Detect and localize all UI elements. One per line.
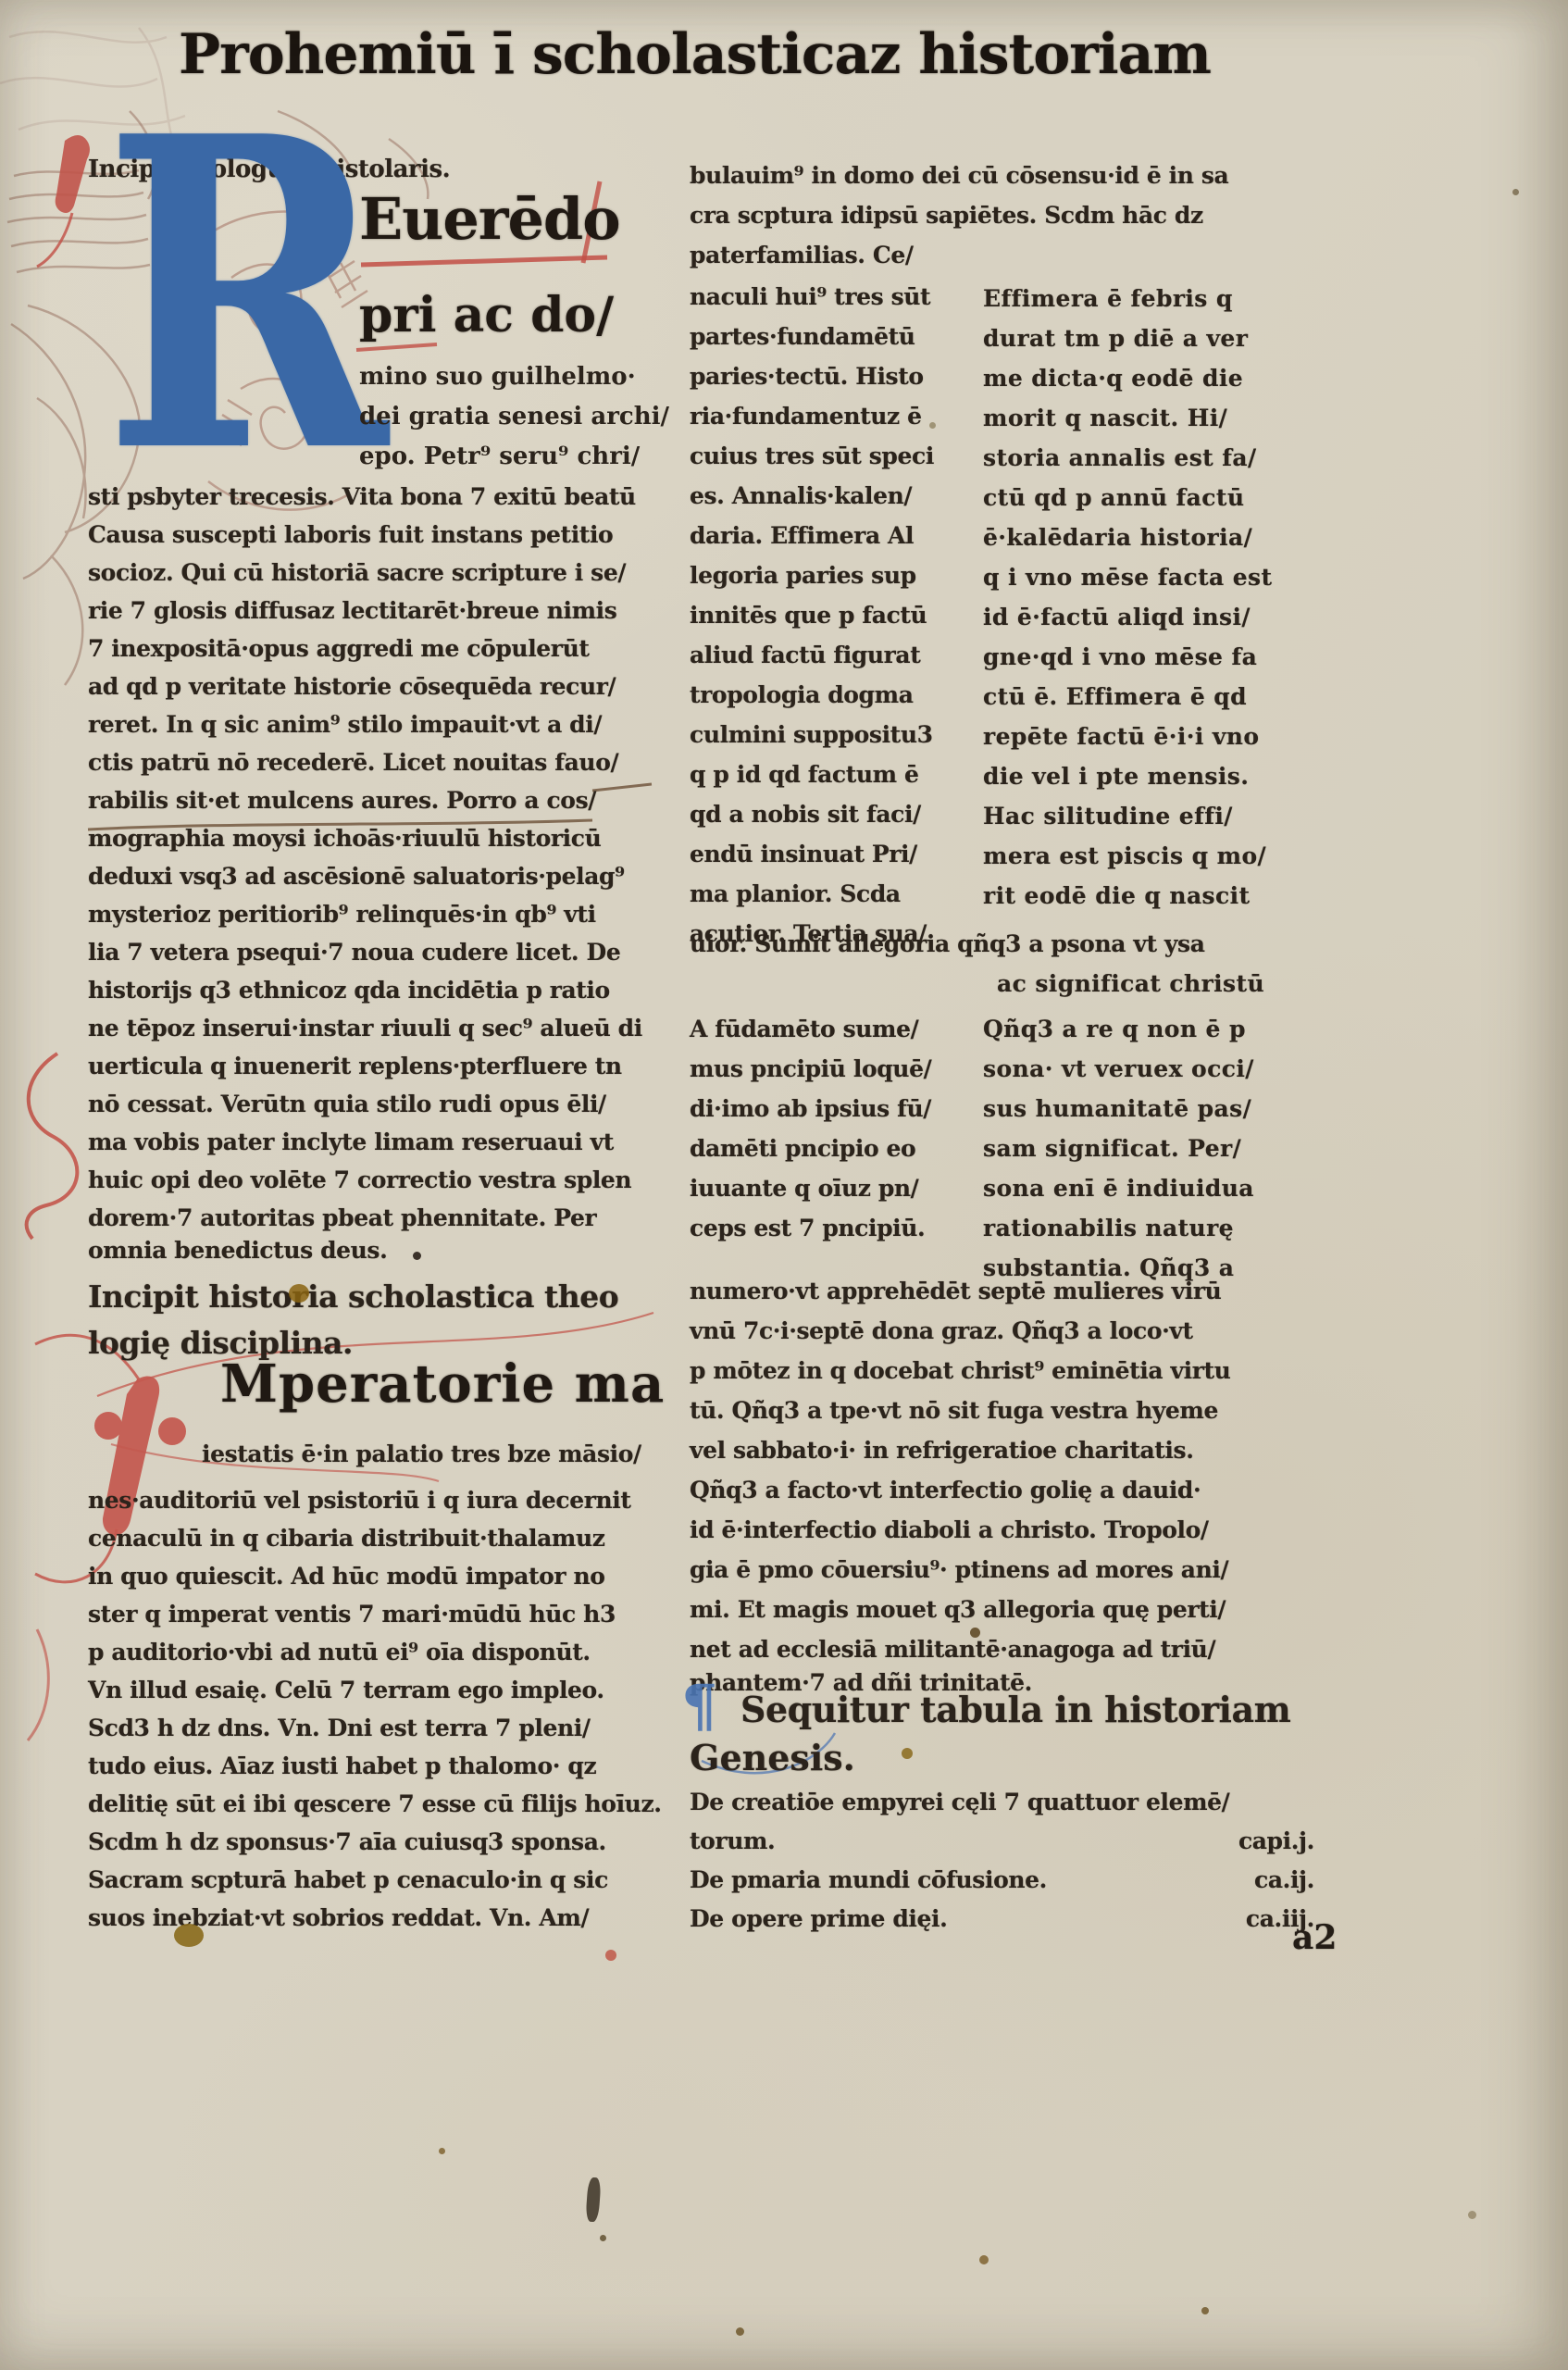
text-line: p mōtez in q docebat christ⁹ eminētia vi… (690, 1351, 1230, 1391)
tabula-chapter-list: De creatiōe empyrei cęli 7 quattuor elem… (690, 1783, 1314, 1939)
fox-spot (902, 1748, 913, 1759)
text-line: vel sabbato·i· in refrigeratioe charitat… (690, 1430, 1230, 1470)
heading-line: Incipit historia scholastica theo (88, 1274, 618, 1320)
left-column-final-line: omnia benedictus deus. (88, 1237, 387, 1264)
text-line: ma planior. Scda (690, 874, 934, 914)
opening-indented-lines: mino suo guilhelmo·dei gratia senesi arc… (359, 357, 669, 477)
right-subcolumn-2-right: Qñq3 a re q non ē psona· vt veruex occi/… (983, 1009, 1254, 1288)
text-line: rabilis sit·et mulcens aures. Porro a co… (88, 781, 685, 819)
right-column-top: bulauim⁹ in domo dei cū cōsensu·id ē in … (690, 156, 1228, 275)
text-line: paterfamilias. Ce/ (690, 235, 1228, 275)
illuminated-initial-R: R (104, 81, 388, 509)
text-line: storia annalis est fa/ (983, 438, 1272, 478)
text-line: A fūdamēto sume/ (690, 1009, 931, 1049)
text-line: Causa suscepti laboris fuit instans peti… (88, 516, 685, 554)
fox-spot (1468, 2211, 1476, 2219)
text-line: qd a nobis sit faci/ (690, 794, 934, 834)
text-line: daria. Effimera Al (690, 516, 934, 555)
bridge-line: uior. Sumit allegoria qñq3 a psona vt ys… (690, 930, 1205, 957)
text-line: uerticula q inuenerit replens·pterfluere… (88, 1047, 685, 1085)
text-line: deduxi vsq3 ad ascēsionē saluatoris·pela… (88, 857, 685, 895)
text-line: ne tēpoz inserui·instar riuuli q sec⁹ al… (88, 1009, 685, 1047)
text-line: in quo quiescit. Ad hūc modū impator no (88, 1557, 685, 1595)
text-line: ad qd p veritate historie cōsequēda recu… (88, 667, 685, 705)
red-dot (605, 1950, 616, 1961)
text-line: endū insinuat Pri/ (690, 834, 934, 874)
tabula-row: De creatiōe empyrei cęli 7 quattuor elem… (690, 1783, 1314, 1822)
text-line: sona· vt veruex occi/ (983, 1049, 1254, 1089)
text-line: ma vobis pater inclyte limam reseruaui v… (88, 1123, 685, 1161)
text-line: es. Annalis·kalen/ (690, 476, 934, 516)
text-line: delitię sūt ei ibi qescere 7 esse cū fil… (88, 1785, 685, 1823)
text-line: mera est piscis q mo/ (983, 836, 1272, 876)
tabula-chapter-number: ca.ij. (1254, 1861, 1314, 1900)
blue-pilcrow-icon: ¶ (681, 1672, 717, 1740)
text-line: cra scptura idipsū sapiētes. Scdm hāc dz (690, 195, 1228, 235)
chapter-lead-line: iestatis ē·in palatio tres bze māsio/ (202, 1441, 641, 1467)
section-heading-incipit-historia: Incipit historia scholastica theologię d… (88, 1274, 618, 1366)
text-line: durat tm p diē a ver (983, 318, 1272, 358)
right-subcolumn-1-left: naculi hui⁹ tres sūtpartes·fundamētūpari… (690, 277, 934, 954)
text-line: q i vno mēse facta est (983, 557, 1272, 597)
fox-spot (600, 2235, 606, 2241)
text-line: mysterioz peritiorib⁹ relinquēs·in qb⁹ v… (88, 895, 685, 933)
text-line: Scdm h dz sponsus·7 aīa cuiusq3 sponsa. (88, 1823, 685, 1861)
text-line: net ad ecclesiā militantē·anagoga ad tri… (690, 1629, 1230, 1669)
text-line: legoria paries sup (690, 555, 934, 595)
text-line: Qñq3 a re q non ē p (983, 1009, 1254, 1049)
fox-spot (174, 1924, 204, 1947)
fox-spot (1201, 2307, 1209, 2314)
tabula-heading-line1: Sequitur tabula in historiam (740, 1689, 1290, 1730)
text-line: Hac silitudine effi/ (983, 796, 1272, 836)
text-line: Effimera ē febris q (983, 279, 1272, 318)
text-line: 7 inexpositā·opus aggredi me cōpulerūt (88, 630, 685, 667)
text-line: sona enī ē indiuidua (983, 1168, 1254, 1208)
text-line: historijs q3 ethnicoz qda incidētia p ra… (88, 971, 685, 1009)
text-line: naculi hui⁹ tres sūt (690, 277, 934, 317)
opening-word-large-2: pri ac do/ (359, 287, 614, 343)
text-line: ria·fundamentuz ē (690, 396, 934, 436)
text-line: p auditorio·vbi ad nutū ei⁹ oīa disponūt… (88, 1633, 685, 1671)
tabula-chapter-number: capi.j. (1238, 1822, 1314, 1861)
fox-spot (1512, 189, 1519, 195)
text-line: sam significat. Per/ (983, 1129, 1254, 1168)
left-column-chapter-body: nes·auditoriū vel psistoriū i q iura dec… (88, 1481, 685, 1937)
text-line: sus humanitatē pas/ (983, 1089, 1254, 1129)
text-line: rit eodē die q nascit (983, 876, 1272, 916)
tabula-row: De pmaria mundi cōfusione. ca.ij. (690, 1861, 1314, 1900)
text-line: aliud factū figurat (690, 635, 934, 675)
text-line: dei gratia senesi archi/ (359, 397, 669, 437)
text-line: paries·tectū. Histo (690, 356, 934, 396)
fox-spot (736, 2327, 744, 2336)
ink-dot (413, 1252, 421, 1260)
text-line: sti psbyter trecesis. Vita bona 7 exitū … (88, 478, 685, 516)
tabula-entry-text: De creatiōe empyrei cęli 7 quattuor elem… (690, 1783, 1229, 1822)
text-line: gia ē pmo cōuersiu⁹· ptinens ad mores an… (690, 1550, 1230, 1590)
text-line: cuius tres sūt speci (690, 436, 934, 476)
text-line: lia 7 vetera psequi·7 noua cudere licet.… (88, 933, 685, 971)
text-line: rationabilis naturę (983, 1208, 1254, 1248)
fox-spot (289, 1284, 309, 1303)
text-line: mino suo guilhelmo· (359, 357, 669, 397)
text-line: ster q imperat ventis 7 mari·mūdū hūc h3 (88, 1595, 685, 1633)
fox-spot (979, 2255, 989, 2264)
text-line: mographia moysi ichoās·riuulū historicū (88, 819, 685, 857)
text-line: cenaculū in q cibaria distribuit·thalamu… (88, 1519, 685, 1557)
text-line: iuuante q oīuz pn/ (690, 1168, 931, 1208)
text-line: mus pncipiū loquē/ (690, 1049, 931, 1089)
text-line: ctū ē. Effimera ē qd (983, 677, 1272, 717)
right-column-lower: numero·vt apprehēdēt septē mulieres virū… (690, 1271, 1230, 1669)
text-line: bulauim⁹ in domo dei cū cōsensu·id ē in … (690, 156, 1228, 195)
right-subcolumn-1-right: Effimera ē febris qdurat tm p diē a verm… (983, 279, 1272, 916)
text-line: repēte factū ē·i·i vno (983, 717, 1272, 756)
text-line: id ē·factū aliqd insi/ (983, 597, 1272, 637)
quire-signature: a2 (1292, 1918, 1337, 1957)
chapter-opening-large: Mperatorie ma (220, 1353, 665, 1415)
text-line: tū. Qñq3 a tpe·vt nō sit fuga vestra hye… (690, 1391, 1230, 1430)
text-line: id ē·interfectio diaboli a christo. Trop… (690, 1510, 1230, 1550)
tabula-entry-text: torum. (690, 1822, 775, 1861)
text-line: ceps est 7 pncipiū. (690, 1208, 931, 1248)
text-line: nes·auditoriū vel psistoriū i q iura dec… (88, 1481, 685, 1519)
text-line: Qñq3 a facto·vt interfectio golię a daui… (690, 1470, 1230, 1510)
text-line: tudo eius. Aīaz iusti habet p thalomo· q… (88, 1747, 685, 1785)
text-line: q p id qd factum ē (690, 755, 934, 794)
text-line: damēti pncipio eo (690, 1129, 931, 1168)
text-line: di·imo ab ipsius fū/ (690, 1089, 931, 1129)
tabula-entry-text: De pmaria mundi cōfusione. (690, 1861, 1047, 1900)
text-line: vnū 7c·i·septē dona graz. Qñq3 a loco·vt (690, 1311, 1230, 1351)
tabula-row: torum. capi.j. (690, 1822, 1314, 1861)
text-line: innitēs que p factū (690, 595, 934, 635)
text-line: ctū qd p annū factū (983, 478, 1272, 518)
tabula-entry-text: De opere prime dięi. (690, 1900, 947, 1939)
manuscript-page: Prohemiū ī scholasticaz historiam Incipi… (0, 0, 1568, 2370)
text-line: ctis patrū nō recederē. Licet nouitas fa… (88, 743, 685, 781)
text-line: Vn illud esaię. Celū 7 terram ego impleo… (88, 1671, 685, 1709)
text-line: socioz. Qui cū historiā sacre scripture … (88, 554, 685, 592)
text-line: rie 7 glosis diffusaz lectitarēt·breue n… (88, 592, 685, 630)
text-line: nō cessat. Verūtn quia stilo rudi opus ē… (88, 1085, 685, 1123)
text-line: gne·qd i vno mēse fa (983, 637, 1272, 677)
text-line: tropologia dogma (690, 675, 934, 715)
fox-spot (970, 1628, 980, 1638)
opening-word-large: Euerēdo (359, 185, 620, 253)
right-subcolumn-2-left: A fūdamēto sume/mus pncipiū loquē/di·imo… (690, 1009, 931, 1248)
tabula-row: De opere prime dięi. ca.iij. (690, 1900, 1314, 1939)
text-line: Scd3 h dz dns. Vn. Dni est terra 7 pleni… (88, 1709, 685, 1747)
fox-spot (929, 422, 936, 429)
text-line: morit q nascit. Hi/ (983, 398, 1272, 438)
text-line: partes·fundamētū (690, 317, 934, 356)
tabula-heading-line2: Genesis. (690, 1737, 855, 1778)
left-column-body: sti psbyter trecesis. Vita bona 7 exitū … (88, 478, 685, 1237)
bridge-line-right: ac significat christū (997, 970, 1264, 997)
text-line: mi. Et magis mouet q3 allegoria quę pert… (690, 1590, 1230, 1629)
text-line: epo. Petr⁹ seru⁹ chri/ (359, 437, 669, 477)
text-line: Sacram scpturā habet p cenaculo·in q sic (88, 1861, 685, 1899)
text-line: ē·kalēdaria historia/ (983, 518, 1272, 557)
text-line: numero·vt apprehēdēt septē mulieres virū (690, 1271, 1230, 1311)
fox-spot (439, 2148, 445, 2154)
text-line: huic opi deo volēte 7 correctio vestra s… (88, 1161, 685, 1199)
text-line: culmini suppositu3 (690, 715, 934, 755)
text-line: me dicta·q eodē die (983, 358, 1272, 398)
text-line: dorem·7 autoritas pbeat phennitate. Per (88, 1199, 685, 1237)
ink-smudge (585, 2177, 601, 2223)
text-line: die vel i pte mensis. (983, 756, 1272, 796)
text-line: reret. In q sic anim⁹ stilo impauit·vt a… (88, 705, 685, 743)
